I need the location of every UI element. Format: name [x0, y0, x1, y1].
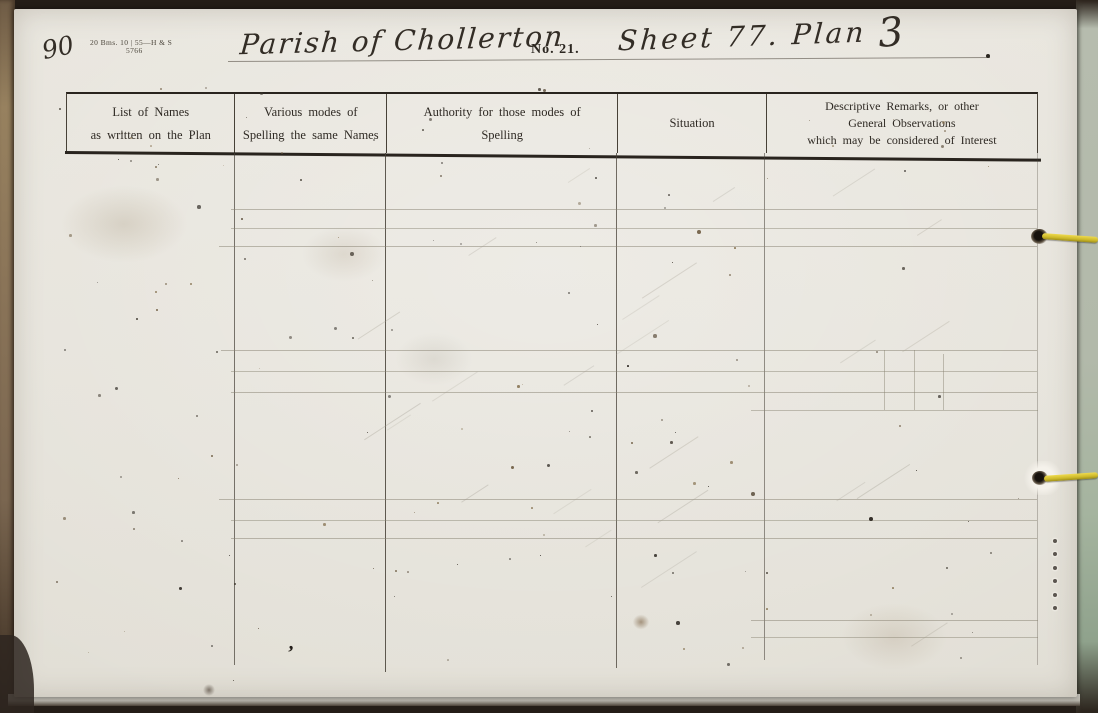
ink-bleedthrough-stroke — [568, 168, 591, 183]
paper-speck — [1018, 498, 1019, 499]
paper-speck — [968, 521, 969, 522]
paper-speck — [676, 621, 680, 625]
paper-speck — [229, 555, 230, 556]
paper-speck — [124, 631, 125, 632]
paper-speck — [540, 555, 541, 556]
paper-speck — [729, 274, 731, 276]
paper-speck — [578, 202, 581, 205]
ink-bleedthrough-stroke — [840, 340, 876, 364]
paper-speck — [115, 387, 118, 390]
pencil-tick-line — [884, 350, 885, 410]
pencil-rule-line — [219, 246, 1037, 247]
paper-speck — [120, 476, 122, 478]
paper-speck — [441, 162, 443, 164]
paper-speck — [766, 572, 768, 574]
paper-speck — [457, 564, 458, 565]
table-header-row: List of Names as written on the Plan Var… — [66, 92, 1038, 153]
pencil-rule-line — [231, 371, 1037, 372]
paper-speck — [595, 177, 597, 179]
paper-speck — [693, 482, 696, 485]
paper-speck — [121, 132, 123, 134]
column-header-authority: Authority for those modes of Spelling — [386, 94, 617, 153]
paper-speck — [56, 581, 58, 583]
paper-speck — [130, 137, 132, 139]
paper-speck — [675, 432, 676, 433]
paper-speck — [150, 145, 152, 147]
paper-speck — [536, 242, 537, 243]
pencil-rule-line — [751, 637, 1038, 638]
paper-speck — [951, 613, 953, 615]
paper-speck — [672, 572, 674, 574]
paper-speck — [158, 164, 159, 165]
paper-speck — [259, 368, 260, 369]
pencil-rule-line — [751, 620, 1038, 621]
column-rule-4 — [764, 153, 765, 660]
paper-speck — [233, 680, 234, 681]
paper-speck — [196, 415, 198, 417]
underlying-page-edges — [1076, 0, 1098, 713]
scanned-document-photo: 90 20 Bms. 10 | 55—H & S 5766 Parish of … — [0, 0, 1098, 713]
paper-speck — [234, 583, 236, 585]
paper-speck — [407, 571, 409, 573]
ink-bleedthrough-stroke — [461, 484, 489, 503]
paper-speck — [635, 471, 638, 474]
ink-bleedthrough-stroke — [358, 311, 401, 339]
paper-speck — [211, 645, 213, 647]
paper-speck — [211, 455, 213, 457]
paper-speck — [902, 267, 905, 270]
pencil-rule-line — [231, 228, 1037, 229]
paper-speck — [832, 145, 834, 147]
ink-bleedthrough-stroke — [911, 622, 948, 647]
paper-speck — [289, 336, 292, 339]
paper-speck — [98, 394, 101, 397]
paper-speck — [734, 247, 736, 249]
pencil-tick-line — [943, 354, 944, 410]
column-rule-1 — [234, 153, 235, 665]
paper-speck — [205, 87, 207, 89]
paper-speck — [568, 292, 570, 294]
paper-speck — [538, 88, 541, 91]
paper-speck — [627, 365, 629, 367]
paper-speck — [990, 552, 992, 554]
paper-speck — [654, 554, 657, 557]
paper-speck — [160, 88, 162, 90]
paper-speck — [422, 129, 424, 131]
ink-bleedthrough-stroke — [622, 295, 660, 320]
paper-speck — [244, 258, 246, 260]
pencil-rule-line — [231, 209, 1037, 210]
column-rule-3 — [616, 153, 617, 668]
paper-speck — [352, 337, 354, 339]
paper-speck — [517, 385, 520, 388]
ink-bleedthrough-stroke — [641, 551, 697, 588]
paper-speck — [440, 175, 442, 177]
paper-speck — [766, 608, 768, 610]
column-rule-2 — [385, 153, 386, 672]
paper-speck — [447, 659, 449, 661]
paper-speck — [236, 464, 238, 466]
paper-speck — [736, 359, 738, 361]
paper-speck — [946, 567, 948, 569]
paper-speck — [258, 628, 259, 629]
paper-speck — [745, 571, 746, 572]
column-header-remarks: Descriptive Remarks, or other General Ob… — [766, 94, 1037, 153]
pencil-rule-line — [231, 520, 1037, 521]
paper-speck — [751, 492, 755, 496]
paper-speck — [708, 486, 709, 487]
paper-speck — [414, 512, 415, 513]
paper-speck — [672, 262, 673, 263]
paper-speck — [543, 534, 545, 536]
ink-bleedthrough-stroke — [657, 490, 708, 524]
paper-speck — [373, 139, 375, 141]
pencil-rule-line — [231, 538, 1037, 539]
paper-speck — [461, 428, 463, 430]
paper-speck — [97, 282, 98, 283]
ink-bleedthrough-stroke — [432, 371, 478, 401]
paper-speck — [260, 92, 263, 95]
paper-speck — [611, 596, 612, 597]
paper-speck — [300, 179, 302, 181]
stitch-hole — [1053, 579, 1057, 583]
paper-speck — [730, 461, 733, 464]
paper-speck — [944, 130, 946, 132]
handwritten-parish-title: Parish of Chollerton — [239, 20, 566, 62]
paper-speck — [460, 243, 462, 245]
paper-speck — [597, 324, 598, 325]
paper-speck — [809, 120, 810, 121]
paper-speck — [323, 523, 326, 526]
stray-ink-mark: , — [288, 632, 296, 655]
paper-speck — [197, 205, 201, 209]
paper-speck — [631, 442, 633, 444]
paper-speck — [437, 502, 439, 504]
handwritten-plan-number: 3 — [876, 9, 905, 57]
paper-speck — [661, 419, 663, 421]
ink-bleedthrough-stroke — [649, 436, 698, 469]
document-page: 90 20 Bms. 10 | 55—H & S 5766 Parish of … — [14, 9, 1077, 697]
pencil-rule-line — [231, 392, 1037, 393]
ink-bleedthrough-stroke — [364, 403, 421, 441]
paper-speck — [668, 194, 670, 196]
paper-speck — [179, 587, 182, 590]
paper-speck — [132, 511, 135, 514]
stitch-hole — [1053, 593, 1057, 597]
ink-bleedthrough-stroke — [642, 262, 697, 298]
paper-speck — [388, 395, 391, 398]
paper-speck — [569, 431, 570, 432]
stitch-hole — [1053, 552, 1057, 556]
stitch-hole — [1053, 606, 1057, 610]
paper-speck — [178, 478, 179, 479]
paper-speck — [870, 614, 872, 616]
paper-speck — [748, 385, 750, 387]
pencil-tick-line — [914, 350, 915, 410]
paper-speck — [543, 89, 546, 92]
ink-bleedthrough-stroke — [902, 321, 950, 353]
book-spine-edge — [0, 0, 15, 713]
ink-bleedthrough-stroke — [833, 168, 876, 196]
paper-speck — [899, 425, 901, 427]
paper-speck — [156, 178, 159, 181]
paper-speck — [130, 160, 132, 162]
paper-speck — [429, 118, 432, 121]
paper-speck — [522, 384, 523, 385]
paper-speck — [960, 657, 962, 659]
printer-imprint: 20 Bms. 10 | 55—H & S 5766 — [90, 39, 172, 55]
pencil-rule-line — [751, 410, 1038, 411]
handwritten-page-number: 90 — [39, 30, 76, 65]
column-header-spelling-modes: Various modes of Spelling the same Names — [234, 94, 386, 153]
paper-speck — [653, 334, 657, 338]
paper-speck — [916, 470, 917, 471]
printed-book-number: No. 21. — [531, 42, 580, 58]
paper-speck — [904, 170, 906, 172]
paper-speck — [697, 230, 701, 234]
paper-speck — [136, 318, 138, 320]
paper-speck — [727, 663, 730, 666]
paper-speck — [59, 108, 61, 110]
paper-speck — [190, 283, 192, 285]
paper-speck — [511, 466, 514, 469]
paper-speck — [683, 648, 685, 650]
paper-speck — [547, 464, 550, 467]
column-header-situation: Situation — [617, 94, 766, 153]
stitch-hole — [1053, 539, 1057, 543]
paper-speck — [223, 165, 224, 166]
ink-bleedthrough-stroke — [564, 365, 595, 386]
paper-speck — [350, 252, 354, 256]
ink-period-dot — [986, 54, 990, 58]
paper-speck — [64, 349, 66, 351]
handwritten-sheet-plan: Sheet 77. Plan — [617, 16, 868, 58]
paper-speck — [742, 647, 744, 649]
paper-speck — [670, 441, 673, 444]
paper-speck — [241, 218, 243, 220]
paper-speck — [509, 558, 511, 560]
paper-speck — [181, 540, 183, 542]
paper-speck — [155, 291, 157, 293]
paper-speck — [367, 432, 368, 433]
paper-speck — [972, 632, 973, 633]
pencil-rule-line — [219, 499, 1037, 500]
paper-speck — [88, 652, 89, 653]
paper-speck — [892, 587, 894, 589]
paper-speck — [394, 596, 395, 597]
paper-speck — [391, 329, 393, 331]
paper-speck — [165, 283, 167, 285]
paper-speck — [372, 280, 373, 281]
paper-speck — [395, 570, 397, 572]
paper-speck — [373, 568, 374, 569]
paper-speck — [938, 395, 941, 398]
paper-speck — [988, 166, 989, 167]
ink-bleedthrough-stroke — [713, 187, 736, 202]
stitch-hole — [1053, 566, 1057, 570]
paper-speck — [531, 507, 533, 509]
paper-speck — [591, 410, 593, 412]
paper-speck — [433, 240, 434, 241]
ink-bleedthrough-stroke — [553, 489, 591, 515]
paper-speck — [334, 327, 337, 330]
paper-speck — [876, 351, 878, 353]
paper-speck — [594, 224, 597, 227]
paper-speck — [942, 121, 945, 124]
paper-speck — [63, 517, 66, 520]
imprint-line2: 5766 — [126, 47, 172, 55]
paper-speck — [69, 234, 72, 237]
paper-speck — [118, 159, 119, 160]
paper-speck — [338, 237, 339, 238]
paper-speck — [155, 166, 157, 168]
paper-speck — [216, 351, 218, 353]
paper-speck — [869, 517, 873, 521]
paper-speck — [589, 436, 591, 438]
paper-speck — [246, 117, 247, 118]
paper-speck — [767, 178, 768, 179]
paper-speck — [156, 309, 158, 311]
paper-speck — [133, 528, 135, 530]
